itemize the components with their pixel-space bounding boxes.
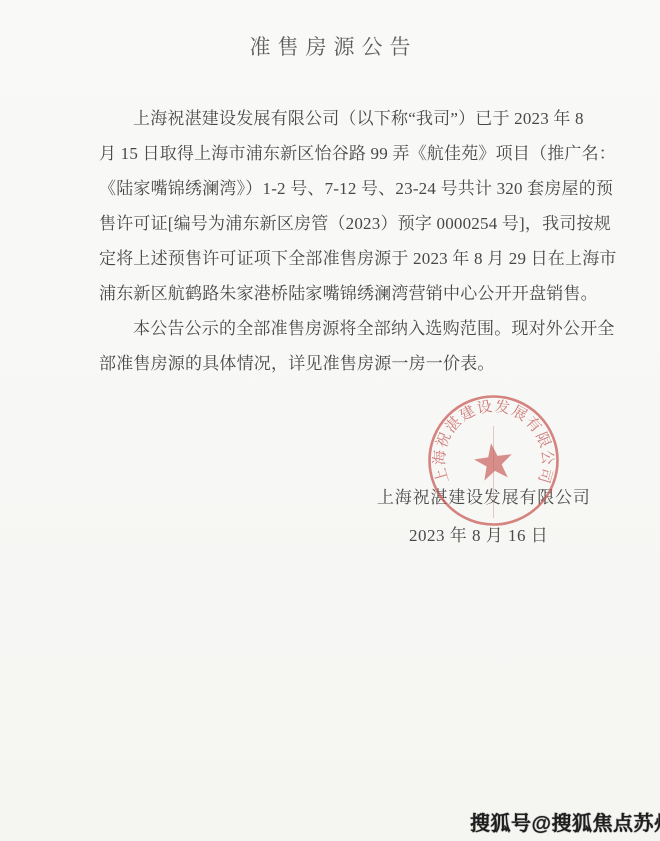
document-title: 准售房源公告 xyxy=(0,31,660,61)
body-line: 部准售房源的具体情况，详见准售房源一房一价表。 xyxy=(99,346,583,381)
document-page: 准售房源公告 上海祝湛建设发展有限公司（以下称“我司”）已于 2023 年 8 … xyxy=(0,0,660,841)
body-line: 浦东新区航鹤路朱家港桥陆家嘴锦绣澜湾营销中心公开开盘销售。 xyxy=(99,276,583,311)
company-seal: 上海祝湛建设发展有限公司 xyxy=(423,390,564,531)
body-line: 《陆家嘴锦绣澜湾》）1-2 号、7-12 号、23-24 号共计 320 套房屋… xyxy=(99,171,583,206)
body-line: 本公告公示的全部准售房源将全部纳入选购范围。现对外公开全 xyxy=(99,311,583,346)
document-body: 上海祝湛建设发展有限公司（以下称“我司”）已于 2023 年 8 月 15 日取… xyxy=(99,101,583,381)
body-line: 上海祝湛建设发展有限公司（以下称“我司”）已于 2023 年 8 xyxy=(99,101,583,136)
body-line: 售许可证[编号为浦东新区房管（2023）预字 0000254 号]，我司按规 xyxy=(99,206,583,241)
body-line: 定将上述预售许可证项下全部准售房源于 2023 年 8 月 29 日在上海市 xyxy=(99,241,583,276)
body-line: 月 15 日取得上海市浦东新区怡谷路 99 弄《航佳苑》项目（推广名： xyxy=(99,136,583,171)
watermark: 搜狐号@搜狐焦点苏州站 xyxy=(470,807,660,836)
